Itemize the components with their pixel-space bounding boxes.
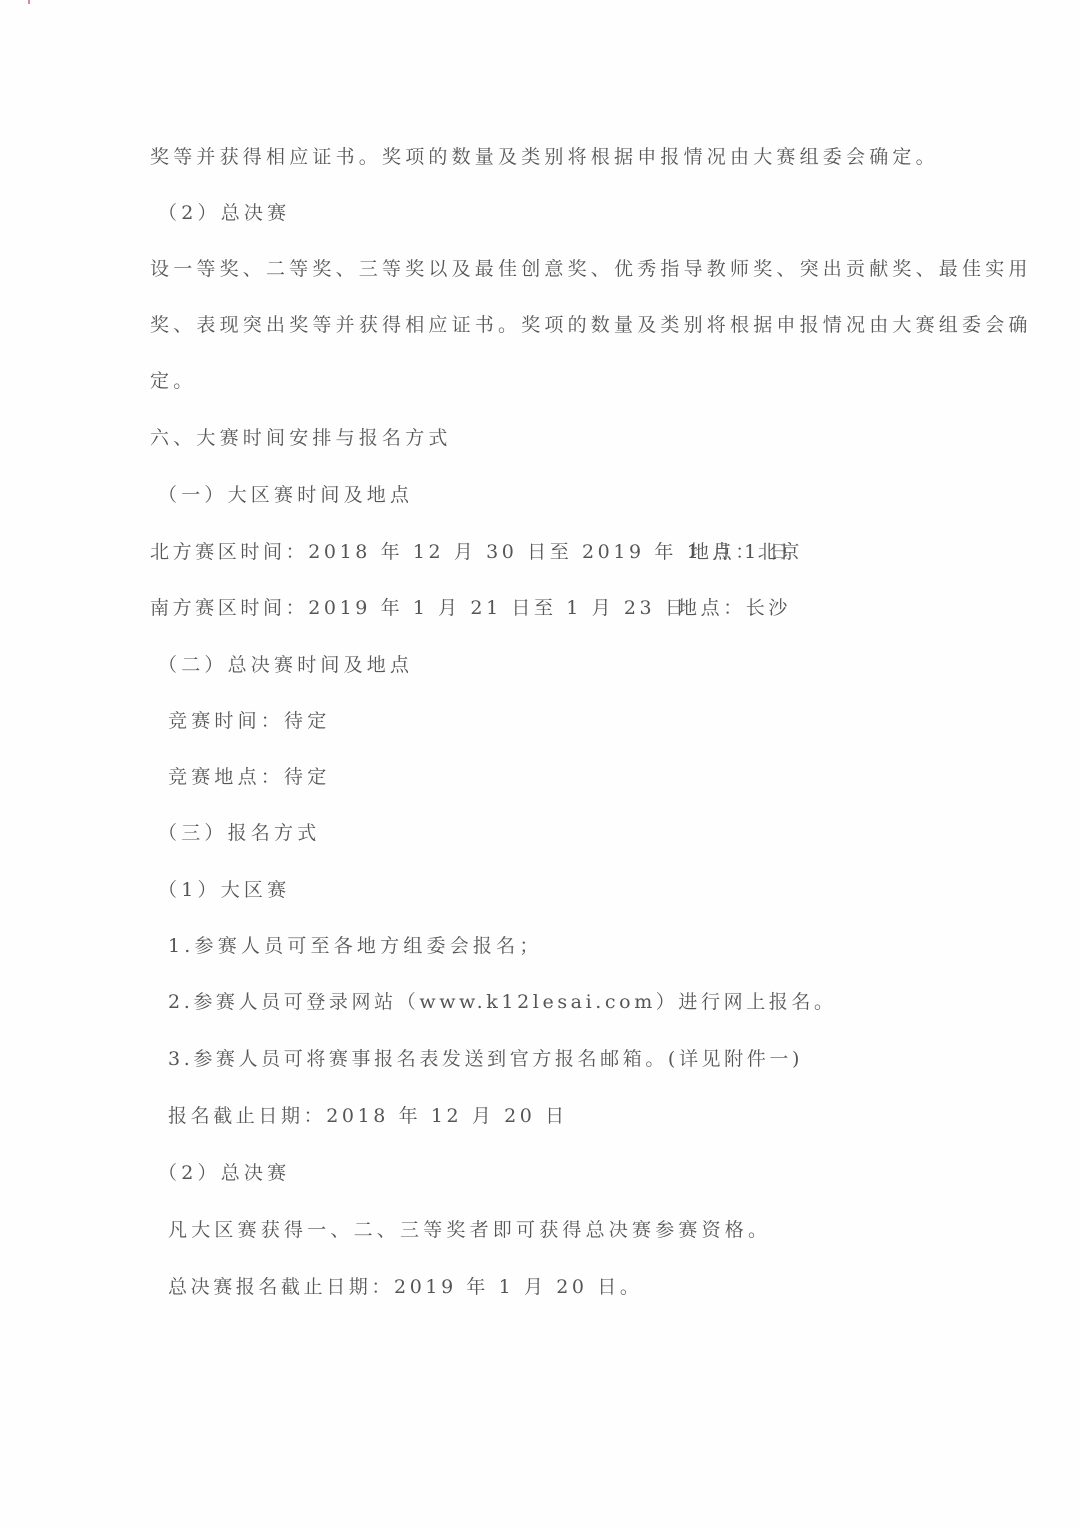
registration-method-3: 3.参赛人员可将赛事报名表发送到官方报名邮箱。(详见附件一) [168, 1047, 803, 1071]
document-page: 奖等并获得相应证书。奖项的数量及类别将根据申报情况由大赛组委会确定。 （2）总决… [0, 0, 1080, 1527]
registration-method-1: 1.参赛人员可至各地方组委会报名； [168, 934, 543, 958]
section-heading-schedule: 六、大赛时间安排与报名方式 [150, 426, 452, 450]
subheading-registration: （三）报名方式 [158, 821, 320, 845]
north-region-place: 地点：北京 [690, 540, 803, 564]
finals-registration-deadline: 总决赛报名截止日期：2019 年 1 月 20 日。 [168, 1275, 642, 1299]
subheading-regional-registration: （1）大区赛 [158, 878, 290, 902]
finals-awards-line-3: 定。 [150, 369, 196, 393]
subheading-finals-time-place: （二）总决赛时间及地点 [158, 653, 413, 677]
scan-mark [28, 0, 30, 4]
subheading-finals-awards: （2）总决赛 [158, 201, 290, 225]
finals-awards-line-2: 奖、表现突出奖等并获得相应证书。奖项的数量及类别将根据申报情况由大赛组委会确 [150, 313, 1032, 337]
finals-time: 竞赛时间：待定 [168, 709, 330, 733]
subheading-finals-registration: （2）总决赛 [158, 1161, 290, 1185]
south-region-time: 南方赛区时间：2019 年 1 月 21 日至 1 月 23 日 [150, 596, 687, 620]
finals-place: 竞赛地点：待定 [168, 765, 330, 789]
finals-qualification: 凡大区赛获得一、二、三等奖者即可获得总决赛参赛资格。 [168, 1218, 771, 1242]
award-paragraph-end: 奖等并获得相应证书。奖项的数量及类别将根据申报情况由大赛组委会确定。 [150, 145, 939, 169]
registration-method-2: 2.参赛人员可登录网站（www.k12lesai.com）进行网上报名。 [168, 990, 837, 1014]
subheading-regional-time-place: （一）大区赛时间及地点 [158, 483, 413, 507]
south-region-place: 地点：长沙 [678, 596, 791, 620]
finals-awards-line-1: 设一等奖、二等奖、三等奖以及最佳创意奖、优秀指导教师奖、突出贡献奖、最佳实用 [150, 257, 1032, 281]
regional-registration-deadline: 报名截止日期：2018 年 12 月 20 日 [168, 1104, 568, 1128]
